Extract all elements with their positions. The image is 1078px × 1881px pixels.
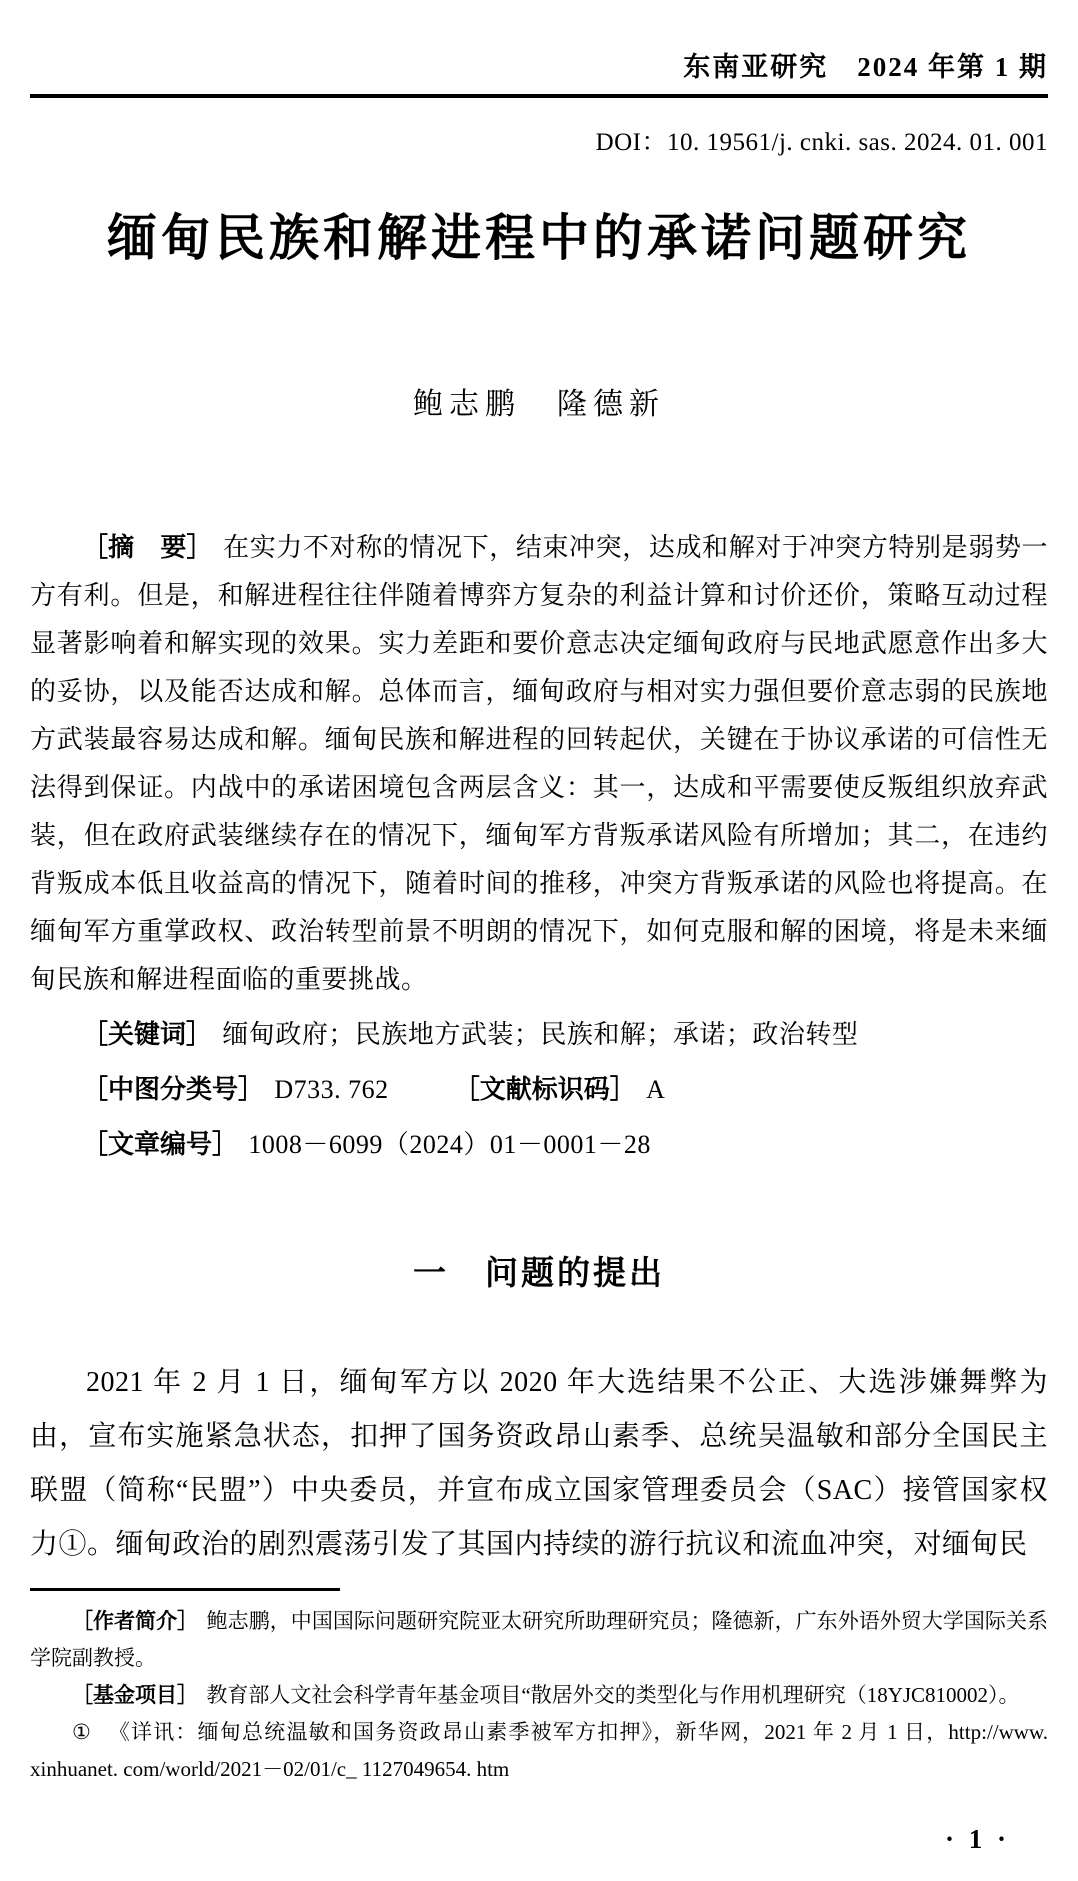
keywords-text: 缅甸政府；民族地方武装；民族和解；承诺；政治转型 [222, 1020, 858, 1049]
footnote-1: ①《详讯：缅甸总统温敏和国务资政昂山素季被军方扣押》，新华网，2021 年 2 … [30, 1714, 1048, 1788]
classification-line: ［中图分类号］D733. 762［文献标识码］A [30, 1065, 1048, 1114]
header-divider [30, 94, 1048, 98]
journal-header: 东南亚研究 2024 年第 1 期 [30, 50, 1048, 84]
clc-label: ［中图分类号］ [82, 1074, 264, 1104]
footnote-1-marker: ① [72, 1720, 92, 1744]
paper-page: 东南亚研究 2024 年第 1 期 DOI：10. 19561/j. cnki.… [0, 0, 1078, 1881]
author-bio-note: ［作者简介］鲍志鹏，中国国际问题研究院亚太研究所助理研究员；隆德新，广东外语外贸… [30, 1603, 1048, 1677]
article-number-line: ［文章编号］1008－6099（2024）01－0001－28 [30, 1120, 1048, 1169]
doc-code-value: A [646, 1075, 665, 1104]
abstract-text: 在实力不对称的情况下，结束冲突，达成和解对于冲突方特别是弱势一方有利。但是，和解… [30, 533, 1048, 994]
page-number: · 1 · [945, 1824, 1010, 1855]
author-bio-label: ［作者简介］ [72, 1610, 198, 1633]
article-authors: 鲍志鹏 隆德新 [30, 379, 1048, 423]
section-heading: 一 问题的提出 [30, 1247, 1048, 1294]
body-paragraph: 2021 年 2 月 1 日，缅甸军方以 2020 年大选结果不公正、大选涉嫌舞… [30, 1356, 1048, 1572]
fund-text: 教育部人文社会科学青年基金项目“散居外交的类型化与作用机理研究（18YJC810… [206, 1683, 1019, 1707]
clc-value: D733. 762 [274, 1075, 388, 1104]
fund-label: ［基金项目］ [72, 1684, 198, 1707]
keywords-label: ［关键词］ [82, 1019, 212, 1049]
article-number-label: ［文章编号］ [82, 1129, 238, 1159]
footnote-divider [30, 1588, 340, 1591]
article-number-value: 1008－6099（2024）01－0001－28 [248, 1130, 651, 1159]
doc-code-label: ［文献标识码］ [454, 1074, 636, 1104]
doi-line: DOI：10. 19561/j. cnki. sas. 2024. 01. 00… [30, 122, 1048, 158]
article-title: 缅甸民族和解进程中的承诺问题研究 [30, 206, 1048, 271]
footnote-1-text: 《详讯：缅甸总统温敏和国务资政昂山素季被军方扣押》，新华网，2021 年 2 月… [30, 1720, 1048, 1781]
abstract-paragraph: ［摘 要］在实力不对称的情况下，结束冲突，达成和解对于冲突方特别是弱势一方有利。… [30, 523, 1048, 1004]
abstract-label: ［摘 要］ [82, 532, 213, 562]
body-text: 2021 年 2 月 1 日，缅甸军方以 2020 年大选结果不公正、大选涉嫌舞… [30, 1356, 1048, 1572]
abstract-meta-block: ［摘 要］在实力不对称的情况下，结束冲突，达成和解对于冲突方特别是弱势一方有利。… [30, 523, 1048, 1169]
footnotes: ［作者简介］鲍志鹏，中国国际问题研究院亚太研究所助理研究员；隆德新，广东外语外贸… [30, 1603, 1048, 1788]
keywords-paragraph: ［关键词］缅甸政府；民族地方武装；民族和解；承诺；政治转型 [30, 1010, 1048, 1059]
fund-note: ［基金项目］教育部人文社会科学青年基金项目“散居外交的类型化与作用机理研究（18… [30, 1677, 1048, 1714]
